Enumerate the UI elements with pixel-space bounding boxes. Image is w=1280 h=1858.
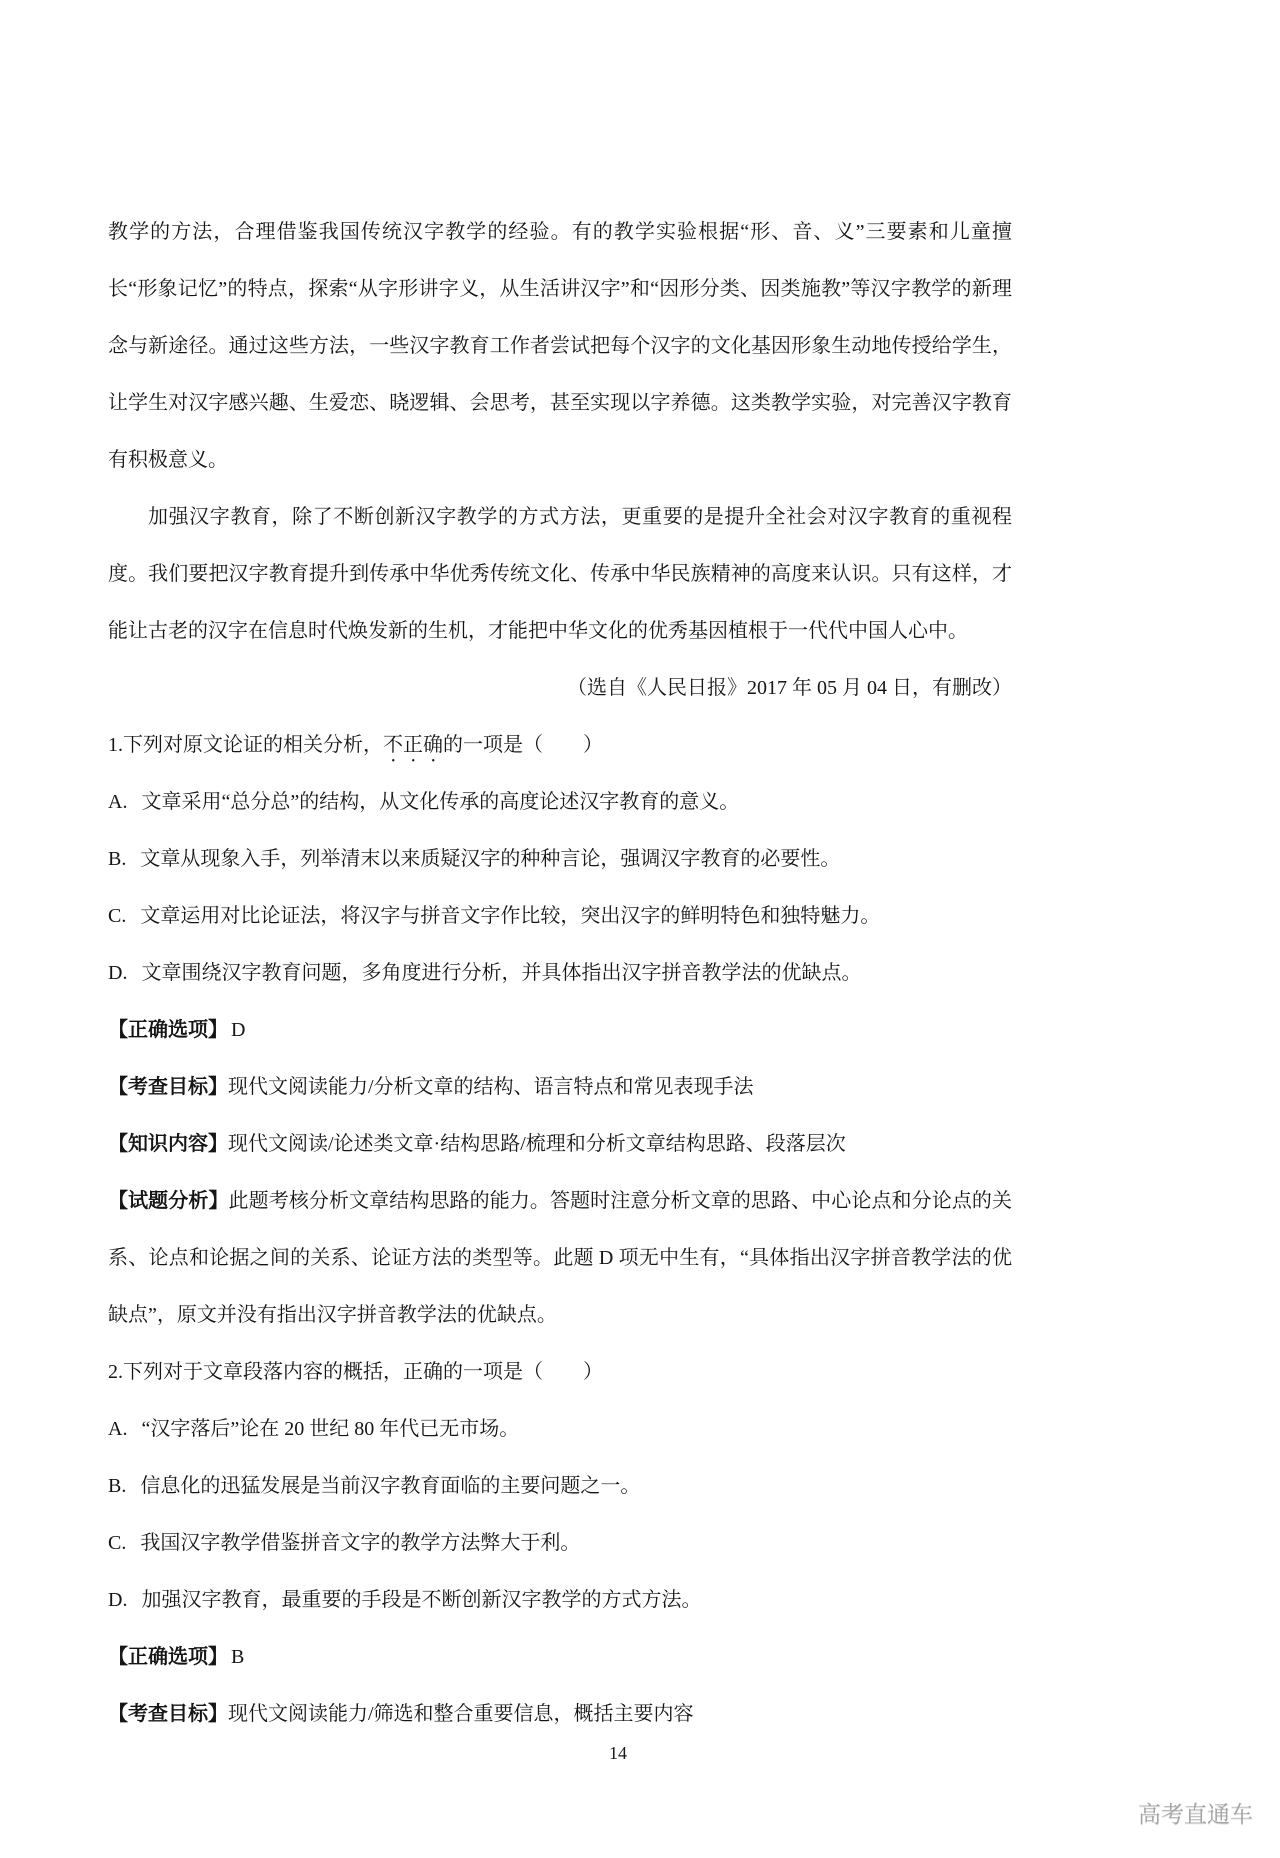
- question-2-option-b: B.信息化的迅猛发展是当前汉字教育面临的主要问题之一。: [108, 1458, 1012, 1515]
- question-1-option-a: A.文章采用“总分总”的结构，从文化传承的高度论述汉字教育的意义。: [108, 774, 1012, 831]
- target-label: 【考查目标】: [108, 1076, 228, 1098]
- option-text: 文章运用对比论证法，将汉字与拼音文字作比较，突出汉字的鲜明特色和独特魅力。: [140, 905, 880, 927]
- question-1-knowledge-content: 【知识内容】现代文阅读/论述类文章·结构思路/梳理和分析文章结构思路、段落层次: [108, 1116, 1012, 1173]
- question-1-exam-target: 【考查目标】现代文阅读能力/分析文章的结构、语言特点和常见表现手法: [108, 1059, 1012, 1116]
- option-letter: D.: [108, 1572, 127, 1629]
- knowledge-text: 现代文阅读/论述类文章·结构思路/梳理和分析文章结构思路、段落层次: [228, 1133, 846, 1155]
- question-1-correct-answer: 【正确选项】D: [108, 1002, 1012, 1059]
- question-1-stem-emphasis: 不正确: [383, 734, 443, 756]
- option-letter: B.: [108, 1458, 126, 1515]
- question-1-stem-pre: 1.下列对原文论证的相关分析，: [108, 734, 383, 756]
- question-1-option-b: B.文章从现象入手，列举清末以来质疑汉字的种种言论，强调汉字教育的必要性。: [108, 831, 1012, 888]
- option-letter: C.: [108, 1515, 126, 1572]
- question-2-correct-answer: 【正确选项】B: [108, 1629, 1012, 1686]
- paragraph-continuation: 教学的方法，合理借鉴我国传统汉字教学的经验。有的教学实验根据“形、音、义”三要素…: [108, 204, 1012, 489]
- question-2-stem: 2.下列对于文章段落内容的概括，正确的一项是（ ）: [108, 1344, 1012, 1401]
- option-text: 我国汉字教学借鉴拼音文字的教学方法弊大于利。: [140, 1532, 580, 1554]
- question-1-stem: 1.下列对原文论证的相关分析，不正确的一项是（ ）: [108, 717, 1012, 774]
- knowledge-label: 【知识内容】: [108, 1133, 228, 1155]
- option-letter: A.: [108, 774, 127, 831]
- analysis-text: 此题考核分析文章结构思路的能力。答题时注意分析文章的思路、中心论点和分论点的关系…: [108, 1190, 1012, 1326]
- question-1-analysis: 【试题分析】此题考核分析文章结构思路的能力。答题时注意分析文章的思路、中心论点和…: [108, 1173, 1012, 1344]
- question-2-option-d: D.加强汉字教育，最重要的手段是不断创新汉字教学的方式方法。: [108, 1572, 1012, 1629]
- answer-label: 【正确选项】: [108, 1019, 228, 1041]
- option-letter: C.: [108, 888, 126, 945]
- option-text: “汉字落后”论在 20 世纪 80 年代已无市场。: [141, 1418, 519, 1440]
- option-text: 加强汉字教育，最重要的手段是不断创新汉字教学的方式方法。: [141, 1589, 701, 1611]
- question-1-option-d: D.文章围绕汉字教育问题，多角度进行分析，并具体指出汉字拼音教学法的优缺点。: [108, 945, 1012, 1002]
- option-text: 文章围绕汉字教育问题，多角度进行分析，并具体指出汉字拼音教学法的优缺点。: [141, 962, 861, 984]
- analysis-label: 【试题分析】: [108, 1190, 229, 1212]
- option-letter: B.: [108, 831, 126, 888]
- option-text: 文章采用“总分总”的结构，从文化传承的高度论述汉字教育的意义。: [141, 791, 739, 813]
- question-1-option-c: C.文章运用对比论证法，将汉字与拼音文字作比较，突出汉字的鲜明特色和独特魅力。: [108, 888, 1012, 945]
- source-citation: （选自《人民日报》2017 年 05 月 04 日，有删改）: [108, 660, 1012, 717]
- option-text: 文章从现象入手，列举清末以来质疑汉字的种种言论，强调汉字教育的必要性。: [140, 848, 840, 870]
- question-2-exam-target: 【考查目标】现代文阅读能力/筛选和整合重要信息，概括主要内容: [108, 1686, 1012, 1743]
- question-2-option-a: A.“汉字落后”论在 20 世纪 80 年代已无市场。: [108, 1401, 1012, 1458]
- target-text: 现代文阅读能力/筛选和整合重要信息，概括主要内容: [228, 1703, 694, 1725]
- question-1-stem-post: 的一项是（ ）: [443, 734, 603, 756]
- target-label: 【考查目标】: [108, 1703, 228, 1725]
- page-number: 14: [558, 1742, 678, 1764]
- target-text: 现代文阅读能力/分析文章的结构、语言特点和常见表现手法: [228, 1076, 754, 1098]
- watermark-gaokao-zhitongche: 高考直通车: [1138, 1801, 1253, 1829]
- answer-value: D: [231, 1019, 245, 1041]
- question-2-option-c: C.我国汉字教学借鉴拼音文字的教学方法弊大于利。: [108, 1515, 1012, 1572]
- paragraph-2: 加强汉字教育，除了不断创新汉字教学的方式方法，更重要的是提升全社会对汉字教育的重…: [108, 489, 1012, 660]
- option-letter: A.: [108, 1401, 127, 1458]
- document-body: 教学的方法，合理借鉴我国传统汉字教学的经验。有的教学实验根据“形、音、义”三要素…: [108, 204, 1012, 1743]
- option-letter: D.: [108, 945, 127, 1002]
- answer-value: B: [231, 1646, 244, 1668]
- option-text: 信息化的迅猛发展是当前汉字教育面临的主要问题之一。: [140, 1475, 640, 1497]
- answer-label: 【正确选项】: [108, 1646, 228, 1668]
